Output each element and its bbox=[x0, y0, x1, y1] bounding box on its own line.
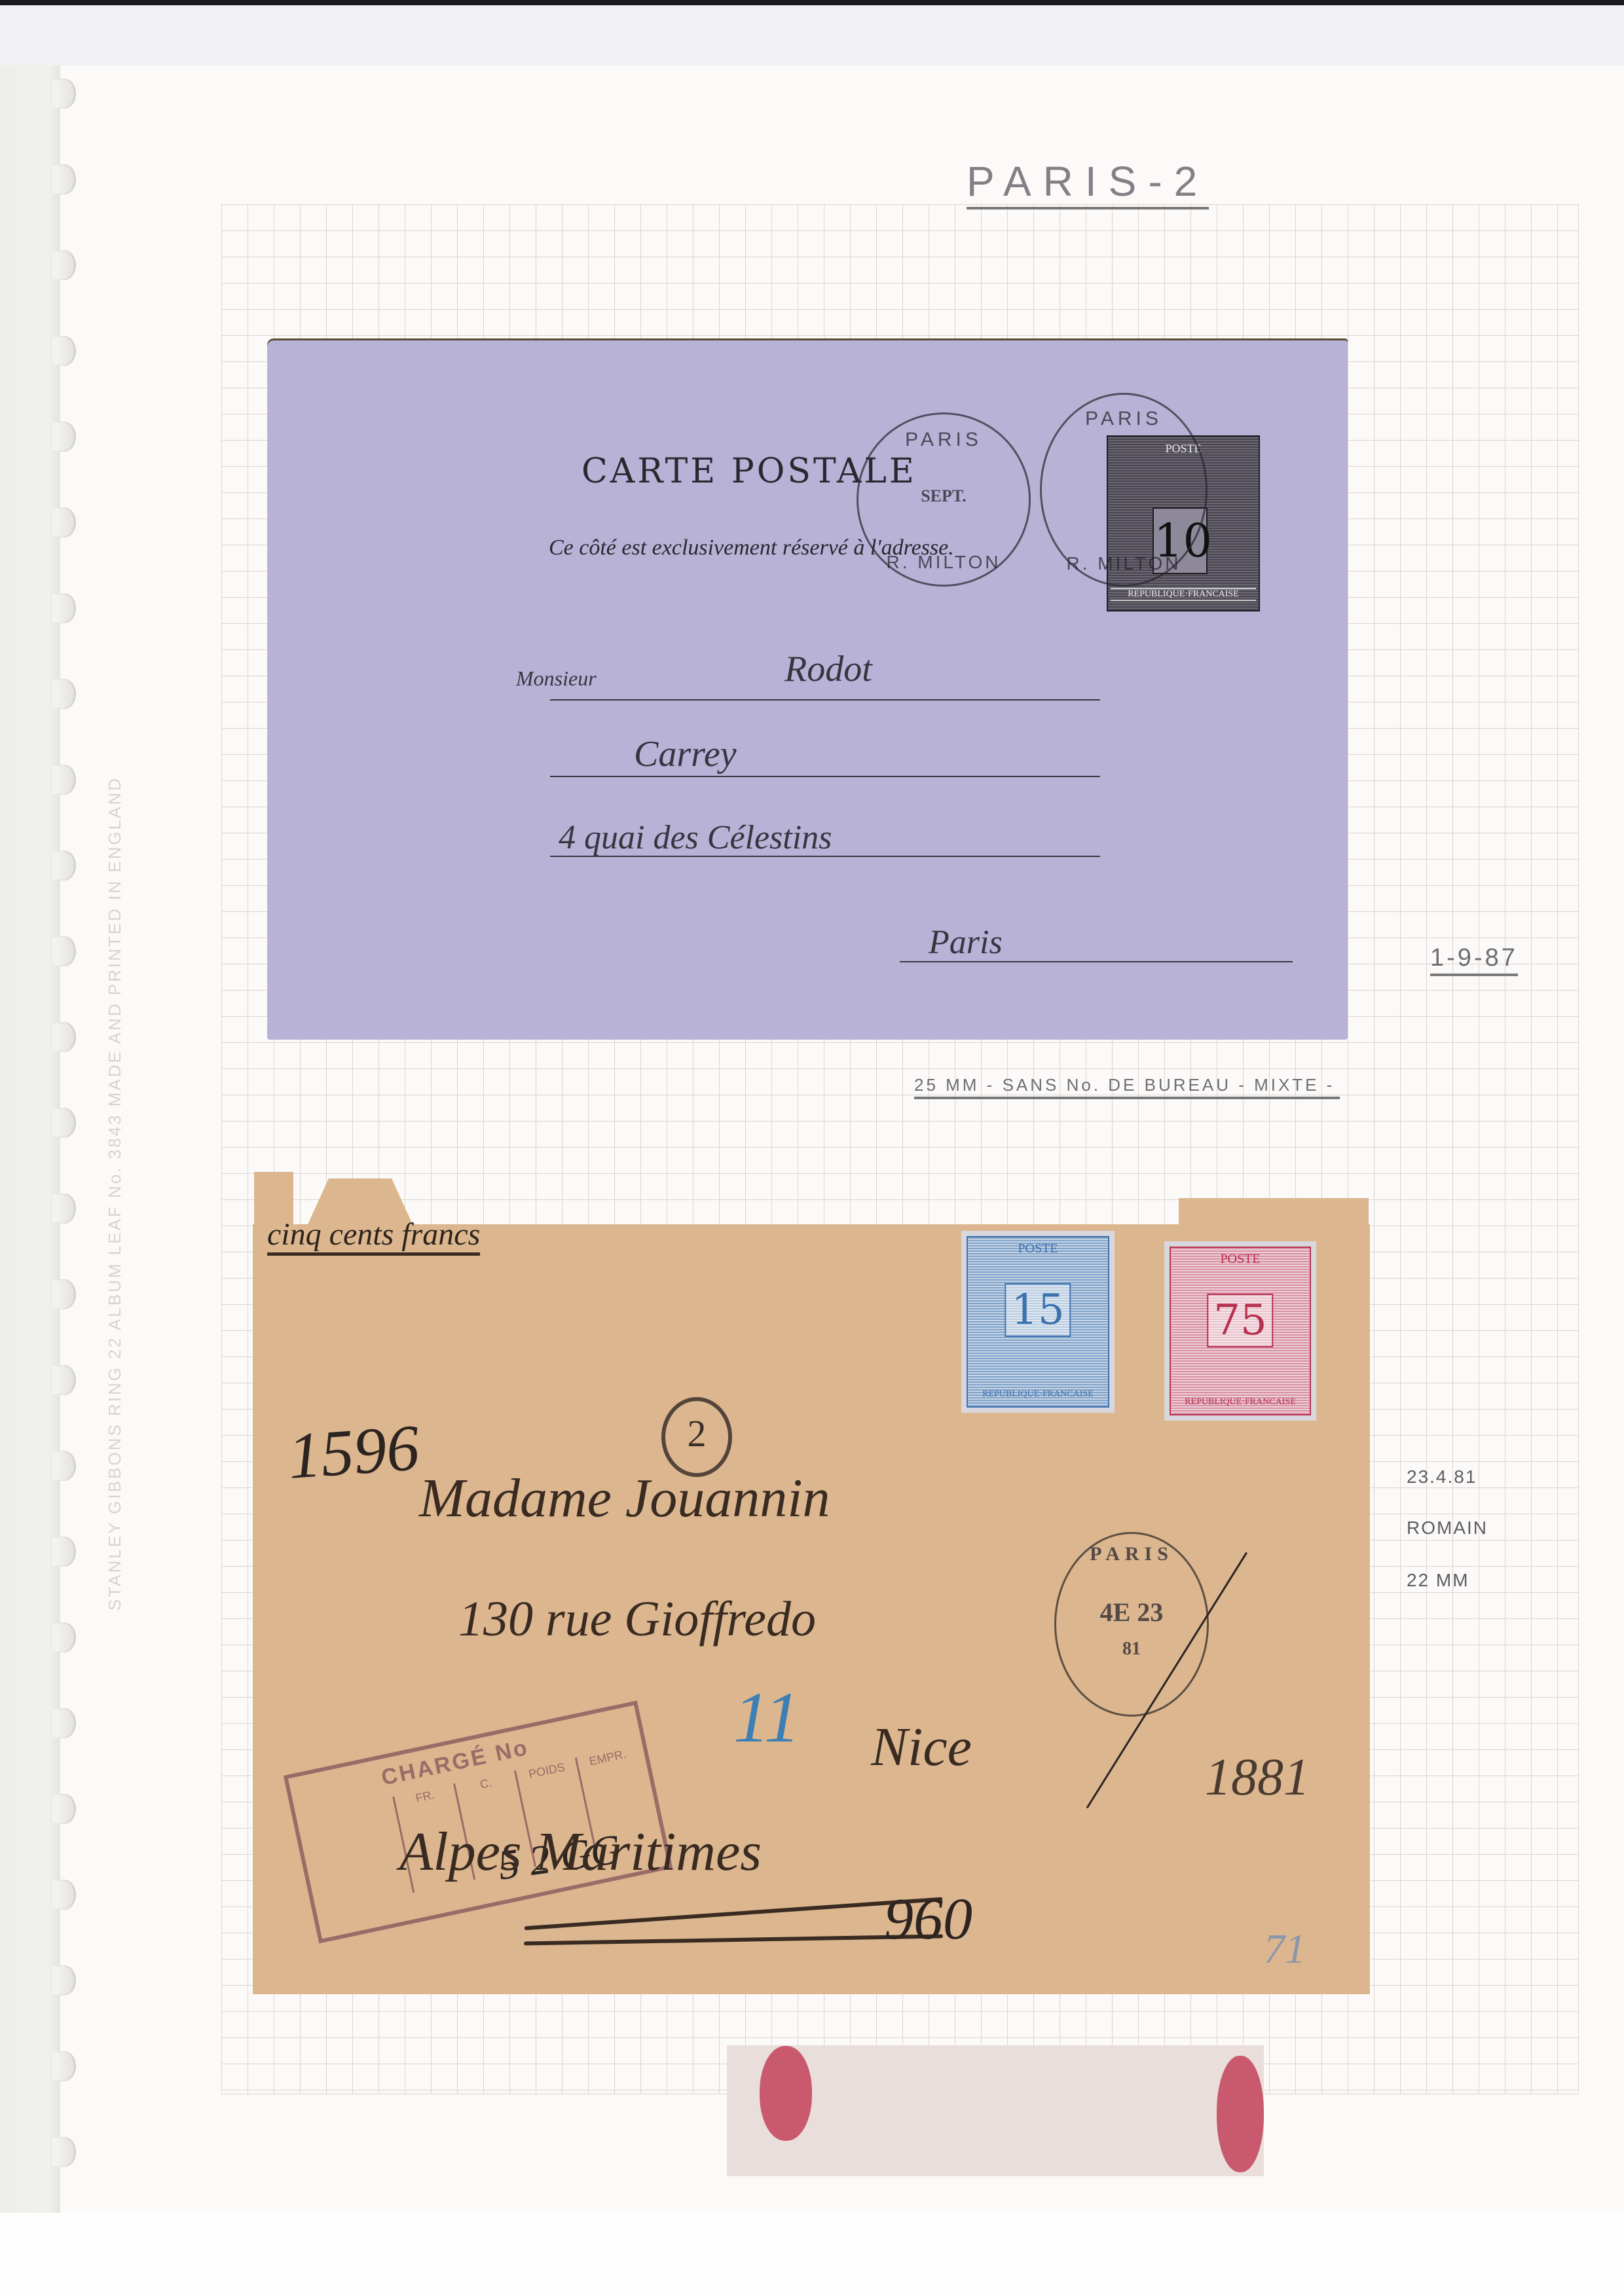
binder-ring-hole bbox=[52, 336, 76, 366]
blue-crayon-mark: 11 bbox=[733, 1676, 800, 1759]
pencil-71: 71 bbox=[1264, 1925, 1306, 1973]
department: Alpes Maritimes bbox=[399, 1820, 762, 1884]
circle-mark-2: 2 bbox=[661, 1397, 732, 1477]
binder-ring-hole bbox=[52, 2051, 76, 2081]
binder-ring-hole bbox=[52, 507, 76, 538]
binder-ring-hole bbox=[52, 1880, 76, 1910]
scanner-background-bottom bbox=[0, 2213, 1624, 2296]
printer-imprint: STANLEY GIBBONS RING 22 ALBUM LEAF No. 3… bbox=[105, 776, 125, 1611]
binder-ring-hole bbox=[52, 1194, 76, 1224]
binder-ring-hole bbox=[52, 1365, 76, 1395]
declared-value: cinq cents francs bbox=[267, 1216, 480, 1256]
year-note: 1881 bbox=[1205, 1748, 1310, 1808]
binder-ring-hole bbox=[52, 1451, 76, 1481]
binder-ring-hole bbox=[52, 250, 76, 280]
cover-size-note: 22 MM bbox=[1407, 1570, 1469, 1591]
envelope-torn-flap bbox=[1179, 1198, 1369, 1224]
addressee: Madame Jouannin bbox=[419, 1467, 830, 1530]
binder-ring-hole bbox=[52, 1622, 76, 1652]
binder-ring-hole bbox=[52, 1279, 76, 1309]
postcard-date-note: 1-9-87 bbox=[1430, 944, 1518, 976]
wax-seal bbox=[760, 2046, 812, 2141]
address-line bbox=[550, 699, 1100, 701]
binding-strip bbox=[0, 65, 60, 2213]
binder-ring-hole bbox=[52, 1108, 76, 1138]
binder-ring-hole bbox=[52, 422, 76, 452]
scanner-background bbox=[0, 5, 1624, 67]
page-title: PARIS-2 bbox=[967, 157, 1209, 210]
address-city: Paris bbox=[929, 923, 1003, 962]
address-line3: 4 quai des Célestins bbox=[559, 818, 832, 857]
binder-ring-hole bbox=[52, 1537, 76, 1567]
postcard: CARTE POSTALE Ce côté est exclusivement … bbox=[267, 340, 1348, 1040]
address-name: Rodot bbox=[784, 648, 872, 690]
binder-ring-hole bbox=[52, 593, 76, 623]
address-line bbox=[550, 856, 1100, 857]
scan-edge bbox=[0, 0, 1624, 5]
binder-ring-hole bbox=[52, 164, 76, 194]
binder-ring-hole bbox=[52, 850, 76, 881]
cover-date-note: 23.4.81 bbox=[1407, 1467, 1477, 1487]
docket-number: 1596 bbox=[286, 1410, 422, 1494]
binder-ring-hole bbox=[52, 679, 76, 709]
binder-ring-hole bbox=[52, 1794, 76, 1824]
cover-type-note: ROMAIN bbox=[1407, 1518, 1488, 1539]
paris-cds: PARIS 4E 23 81 bbox=[1054, 1532, 1209, 1717]
postmark-cancel: PARIS SEPT. R. MILTON bbox=[857, 412, 1031, 587]
city: Nice bbox=[871, 1715, 972, 1779]
binder-ring-hole bbox=[52, 79, 76, 109]
stamp-15c: POSTE 15 REPUBLIQUE·FRANCAISE bbox=[961, 1231, 1115, 1413]
address-line bbox=[550, 776, 1100, 777]
stamp-75c: POSTE 75 REPUBLIQUE·FRANCAISE bbox=[1164, 1241, 1316, 1421]
binder-ring-hole bbox=[52, 1965, 76, 1995]
postmark-cancel-2: PARIS R. MILTON bbox=[1040, 393, 1208, 587]
binder-ring-hole bbox=[52, 1708, 76, 1738]
wax-seal bbox=[1217, 2056, 1264, 2172]
numeral-960: 960 bbox=[884, 1886, 972, 1953]
address-salutation: Monsieur bbox=[516, 666, 597, 691]
binder-ring-hole bbox=[52, 765, 76, 795]
address-line2: Carrey bbox=[634, 733, 737, 775]
street: 130 rue Gioffredo bbox=[458, 1591, 816, 1648]
binder-ring-hole bbox=[52, 2137, 76, 2167]
address-line bbox=[900, 961, 1293, 962]
binder-ring-hole bbox=[52, 936, 76, 966]
binder-ring-hole bbox=[52, 1022, 76, 1052]
postmark-type-note: 25 MM - SANS No. DE BUREAU - MIXTE - bbox=[914, 1075, 1340, 1099]
